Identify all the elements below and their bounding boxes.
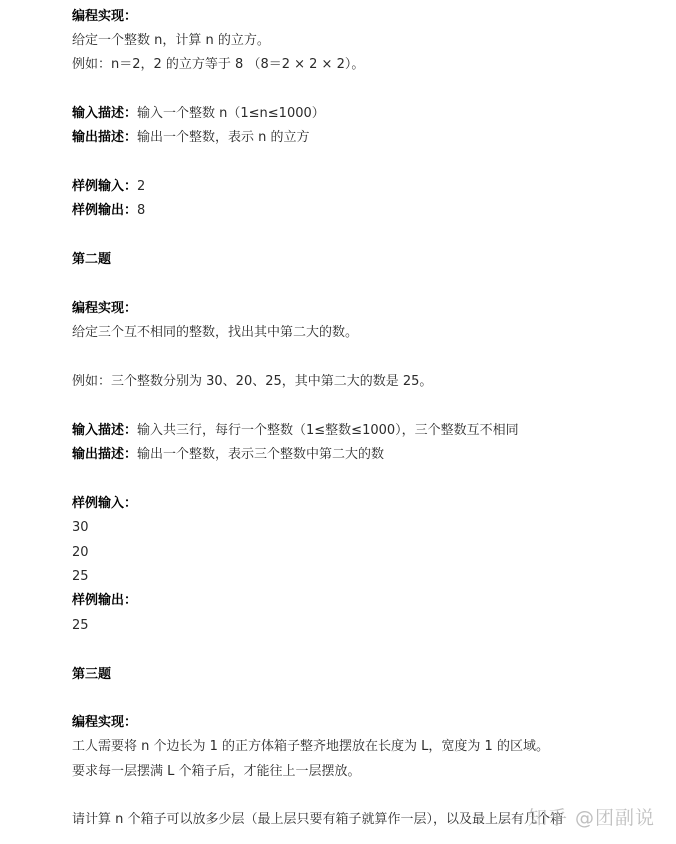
p1-impl-heading: 编程实现： [72,8,137,26]
p1-sample-output: 样例输出：8 [72,202,145,220]
p3-description-line-1: 工人需要将 n 个边长为 1 的正方体箱子整齐地摆放在长度为 L，宽度为 1 的… [72,738,549,756]
p2-output-label: 输出描述： [72,447,137,462]
p3-description-line-2: 要求每一层摆满 L 个箱子后，才能往上一层摆放。 [72,763,361,781]
p1-output-text: 输出一个整数，表示 n 的立方 [137,130,310,145]
p2-output-desc: 输出描述：输出一个整数，表示三个整数中第二大的数 [72,446,384,464]
p3-question: 请计算 n 个箱子可以放多少层（最上层只要有箱子就算作一层），以及最上层有几个箱 [72,811,563,829]
p1-output-label: 输出描述： [72,130,137,145]
p1-sample-input: 样例输入：2 [72,178,145,196]
p1-example: 例如：n＝2，2 的立方等于 8 （8＝2 × 2 × 2）。 [72,56,364,74]
p2-sample-input-line-2: 20 [72,544,89,562]
p1-sample-output-value: 8 [137,203,145,218]
p1-sample-input-value: 2 [137,179,145,194]
p3-title: 第三题 [72,666,111,684]
p1-input-desc: 输入描述：输入一个整数 n（1≤n≤1000） [72,105,325,123]
p2-sample-input-label: 样例输入： [72,495,137,513]
p3-impl-heading: 编程实现： [72,714,137,732]
p2-description: 给定三个互不相同的整数，找出其中第二大的数。 [72,324,358,342]
p1-sample-output-label: 样例输出： [72,203,137,218]
p2-input-label: 输入描述： [72,423,137,438]
p1-sample-input-label: 样例输入： [72,179,137,194]
p2-sample-input-line-1: 30 [72,519,89,537]
p2-title: 第二题 [72,251,111,269]
p2-input-text: 输入共三行，每行一个整数（1≤整数≤1000），三个整数互不相同 [137,423,519,438]
p2-example: 例如：三个整数分别为 30、20、25，其中第二大的数是 25。 [72,373,432,391]
p1-input-text: 输入一个整数 n（1≤n≤1000） [137,106,325,121]
p1-output-desc: 输出描述：输出一个整数，表示 n 的立方 [72,129,310,147]
p2-sample-output-value: 25 [72,617,89,635]
p2-sample-input-line-3: 25 [72,568,89,586]
p2-impl-heading: 编程实现： [72,300,137,318]
p2-output-text: 输出一个整数，表示三个整数中第二大的数 [137,447,384,462]
p2-input-desc: 输入描述：输入共三行，每行一个整数（1≤整数≤1000），三个整数互不相同 [72,422,519,440]
p1-input-label: 输入描述： [72,106,137,121]
zhihu-watermark: 知乎 @团副说 [528,806,655,830]
p2-sample-output-label: 样例输出： [72,592,137,610]
p1-description: 给定一个整数 n，计算 n 的立方。 [72,32,270,50]
